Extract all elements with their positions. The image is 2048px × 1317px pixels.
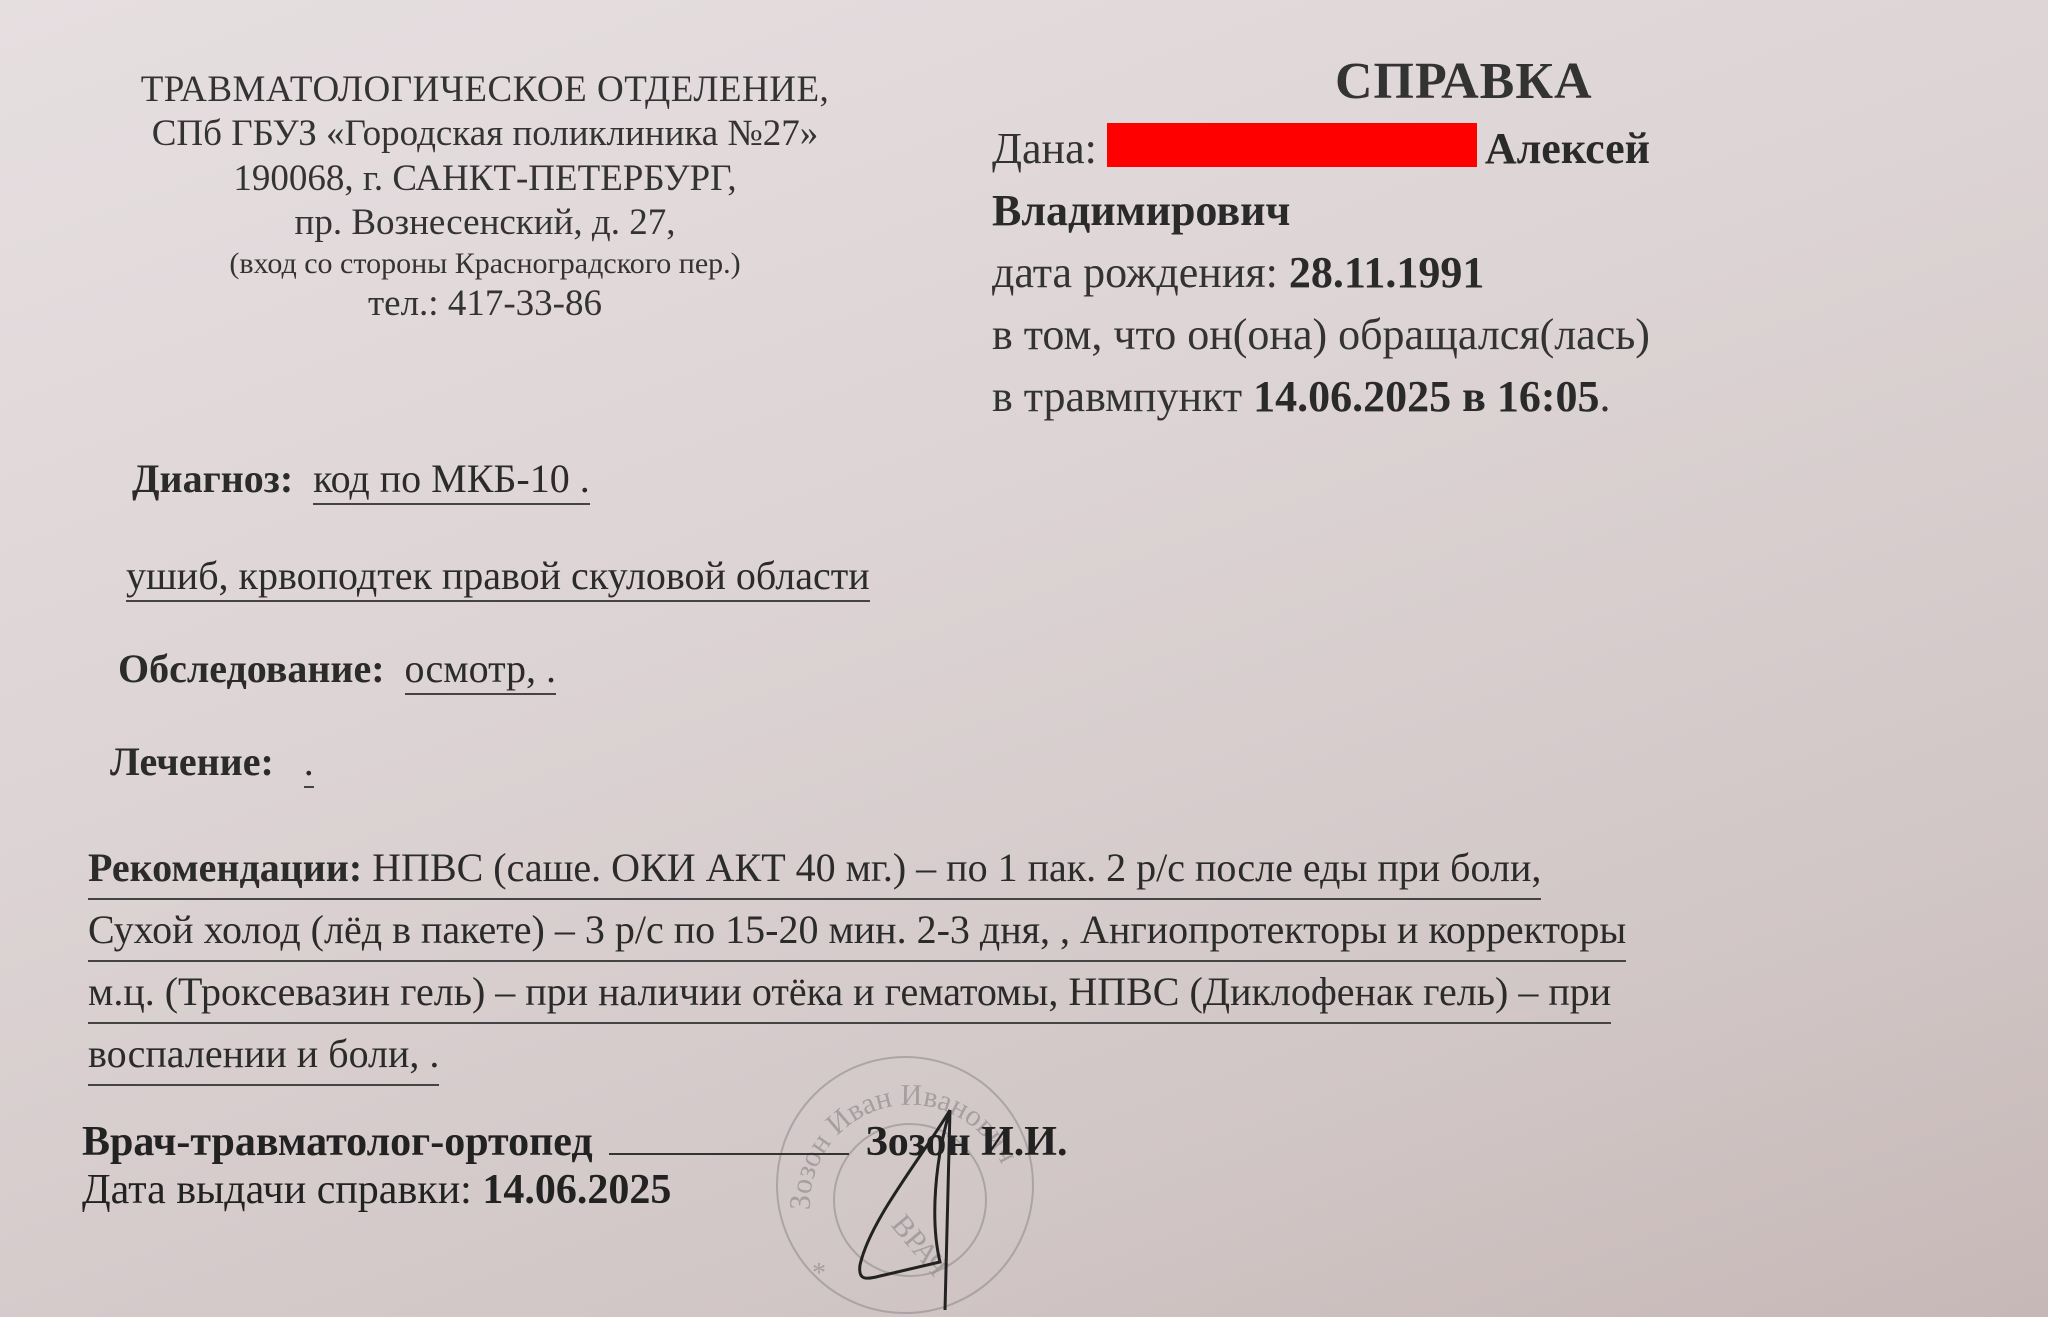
- dob-line: дата рождения: 28.11.1991: [992, 242, 1650, 304]
- dob-label: дата рождения:: [992, 248, 1278, 297]
- diagnosis-label: Диагноз:: [132, 456, 293, 501]
- clinic-street: пр. Вознесенский, д. 27,: [55, 201, 915, 245]
- visit-at: в: [1462, 372, 1486, 421]
- stamp-star-icon: *: [812, 1258, 826, 1289]
- clinic-entrance: (вход со стороны Красноградского пер.): [55, 246, 915, 282]
- visit-line: в травмпункт 14.06.2025 в 16:05.: [992, 366, 1650, 428]
- clinic-name: СПб ГБУЗ «Городская поликлиника №27»: [55, 112, 915, 156]
- treatment-row: Лечение: .: [110, 738, 314, 785]
- issue-date-label: Дата выдачи справки:: [82, 1167, 472, 1213]
- clinic-city: 190068, г. САНКТ-ПЕТЕРБУРГ,: [55, 157, 915, 201]
- document-title: СПРАВКА: [1335, 52, 1593, 111]
- issued-to-line: Дана:Алексей: [992, 118, 1650, 180]
- recommendation-line-1: Рекомендации: НПВС (саше. ОКИ АКТ 40 мг.…: [88, 838, 1541, 900]
- signature-line: Врач-травматолог-ортопед Зозон И.И.: [82, 1118, 1067, 1166]
- diagnosis-text: ушиб, крвоподтек правой скуловой области: [126, 553, 870, 602]
- recommendation-text-1: НПВС (саше. ОКИ АКТ 40 мг.) – по 1 пак. …: [362, 845, 1541, 890]
- patient-block: Дана:Алексей Владимирович дата рождения:…: [992, 118, 1650, 428]
- visit-place: в травмпункт: [992, 372, 1242, 421]
- recommendations-label: Рекомендации:: [88, 845, 362, 890]
- recommendation-line-2: Сухой холод (лёд в пакете) – 3 р/с по 15…: [88, 900, 1626, 962]
- treatment-label: Лечение:: [110, 739, 274, 784]
- issue-date-line: Дата выдачи справки: 14.06.2025: [82, 1166, 1067, 1214]
- issued-to-label: Дана:: [992, 124, 1097, 173]
- signature-field: [609, 1153, 849, 1155]
- patient-patronymic: Владимирович: [992, 186, 1290, 235]
- diagnosis-row: Диагноз: код по МКБ-10 .: [132, 455, 590, 502]
- signature-block: Врач-травматолог-ортопед Зозон И.И. Дата…: [82, 1118, 1067, 1214]
- period: .: [1599, 372, 1610, 421]
- clinic-header: ТРАВМАТОЛОГИЧЕСКОЕ ОТДЕЛЕНИЕ, СПб ГБУЗ «…: [55, 68, 915, 326]
- visit-text: в том, что он(она) обращался(лась): [992, 304, 1650, 366]
- doctor-position: Врач-травматолог-ортопед: [82, 1119, 593, 1165]
- diagnosis-code: код по МКБ-10 .: [313, 456, 590, 505]
- clinic-department: ТРАВМАТОЛОГИЧЕСКОЕ ОТДЕЛЕНИЕ,: [55, 68, 915, 112]
- examination-label: Обследование:: [118, 646, 385, 691]
- issue-date: 14.06.2025: [482, 1167, 671, 1213]
- examination-value: осмотр, .: [405, 646, 557, 695]
- clinic-phone: тел.: 417-33-86: [55, 282, 915, 326]
- doctor-name: Зозон И.И.: [866, 1119, 1068, 1165]
- redacted-surname: [1107, 123, 1477, 167]
- diagnosis-text-row: ушиб, крвоподтек правой скуловой области: [126, 552, 870, 599]
- recommendations: Рекомендации: НПВС (саше. ОКИ АКТ 40 мг.…: [88, 838, 1988, 1086]
- dob-value: 28.11.1991: [1289, 248, 1485, 297]
- recommendation-line-3: м.ц. (Троксевазин гель) – при наличии от…: [88, 962, 1611, 1024]
- patient-first-name: Алексей: [1485, 124, 1650, 173]
- examination-row: Обследование: осмотр, .: [118, 645, 556, 692]
- visit-time: 16:05: [1497, 372, 1600, 421]
- treatment-value: .: [304, 739, 314, 788]
- visit-date: 14.06.2025: [1253, 372, 1451, 421]
- recommendation-line-4: воспалении и боли, .: [88, 1024, 439, 1086]
